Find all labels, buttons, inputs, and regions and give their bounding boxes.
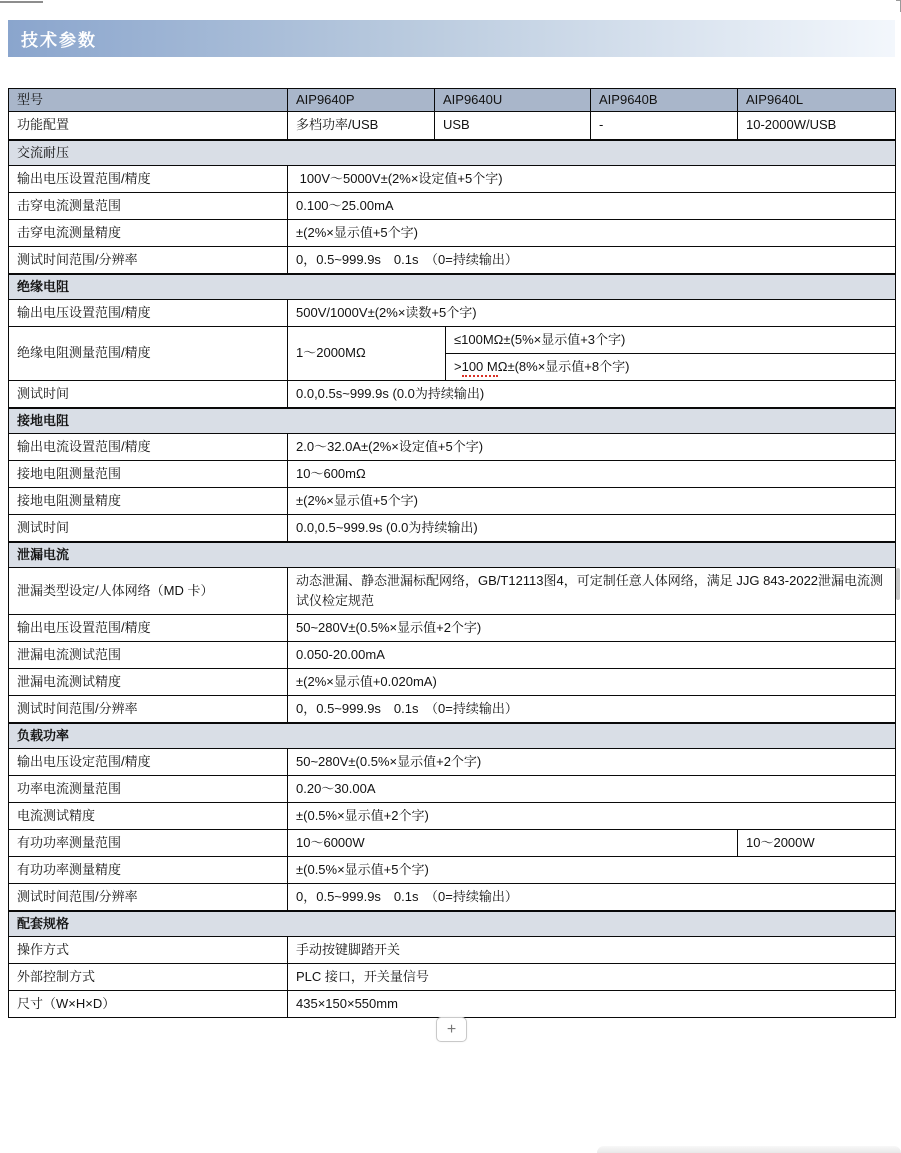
spec-label-cell: 尺寸（W×H×D） bbox=[9, 991, 288, 1018]
spec-value-cell: 手动按键脚踏开关 bbox=[288, 937, 896, 964]
spec-value-cell: 500V/1000V±(2%×读数+5个字) bbox=[288, 300, 896, 327]
spec-value-cell: ±(0.5%×显示值+5个字) bbox=[288, 857, 896, 884]
spec-label-cell: 输出电压设定范围/精度 bbox=[9, 749, 288, 776]
table-row: 输出电压设定范围/精度50~280V±(0.5%×显示值+2个字) bbox=[9, 749, 896, 776]
spec-value-cell: 0，0.5~999.9s 0.1s （0=持续输出） bbox=[288, 696, 896, 723]
spec-value-cell: 0.100～25.00mA bbox=[288, 193, 896, 220]
spec-value-cell: 435×150×550mm bbox=[288, 991, 896, 1018]
table-row: 接地电阻测量范围10～600mΩ bbox=[9, 461, 896, 488]
spec-label-cell: 击穿电流测量范围 bbox=[9, 193, 288, 220]
table-row: 测试时间范围/分辨率0，0.5~999.9s 0.1s （0=持续输出） bbox=[9, 696, 896, 723]
table-row: 测试时间范围/分辨率0，0.5~999.9s 0.1s （0=持续输出） bbox=[9, 884, 896, 911]
section-header-cell: 泄漏电流 bbox=[9, 542, 896, 568]
spec-value-cell: 100V～5000V±(2%×设定值+5个字) bbox=[288, 166, 896, 193]
section-header-cell: 绝缘电阻 bbox=[9, 274, 896, 300]
spec-value-cell: 10～6000W bbox=[288, 830, 738, 857]
table-row: 有功功率测量精度±(0.5%×显示值+5个字) bbox=[9, 857, 896, 884]
table-row: 接地电阻测量精度±(2%×显示值+5个字) bbox=[9, 488, 896, 515]
bottom-overlay-edge bbox=[597, 1146, 901, 1153]
spec-label-cell: 功能配置 bbox=[9, 112, 288, 140]
table-row: 电流测试精度±(0.5%×显示值+2个字) bbox=[9, 803, 896, 830]
spec-value-cell: 2.0～32.0A±(2%×设定值+5个字) bbox=[288, 434, 896, 461]
spec-label-cell: 击穿电流测量精度 bbox=[9, 220, 288, 247]
table-row: 输出电压设置范围/精度 100V～5000V±(2%×设定值+5个字) bbox=[9, 166, 896, 193]
model-name-cell: AIP9640L bbox=[738, 89, 896, 112]
spec-label-cell: 电流测试精度 bbox=[9, 803, 288, 830]
table-row: 输出电流设置范围/精度2.0～32.0A±(2%×设定值+5个字) bbox=[9, 434, 896, 461]
table-row: 负载功率 bbox=[9, 723, 896, 749]
spec-value-cell: - bbox=[591, 112, 738, 140]
section-header-cell: 配套规格 bbox=[9, 911, 896, 937]
spec-label-cell: 泄漏类型设定/人体网络（MD 卡） bbox=[9, 568, 288, 615]
accuracy-cell-low: ≤100MΩ±(5%×显示值+3个字) bbox=[446, 327, 896, 354]
spec-label-cell: 接地电阻测量范围 bbox=[9, 461, 288, 488]
spec-label-cell: 接地电阻测量精度 bbox=[9, 488, 288, 515]
table-row: 配套规格 bbox=[9, 911, 896, 937]
spec-label-cell: 有功功率测量精度 bbox=[9, 857, 288, 884]
spec-value-cell: USB bbox=[435, 112, 591, 140]
spec-label-cell: 测试时间范围/分辨率 bbox=[9, 884, 288, 911]
spec-value-cell: 0.0,0.5~999.9s (0.0为持续输出) bbox=[288, 515, 896, 542]
spec-value-cell: 50~280V±(0.5%×显示值+2个字) bbox=[288, 615, 896, 642]
table-row: 击穿电流测量精度±(2%×显示值+5个字) bbox=[9, 220, 896, 247]
model-header-label: 型号 bbox=[9, 89, 288, 112]
spellcheck-underline: 100 M bbox=[462, 359, 498, 377]
table-row: 击穿电流测量范围0.100～25.00mA bbox=[9, 193, 896, 220]
spec-label-cell: 测试时间范围/分辨率 bbox=[9, 247, 288, 274]
text-cursor-mark bbox=[896, 0, 901, 12]
spec-table-container: 型号AIP9640PAIP9640UAIP9640BAIP9640L功能配置多档… bbox=[8, 88, 895, 1018]
spec-label-cell: 测试时间 bbox=[9, 381, 288, 408]
spec-value-cell: 50~280V±(0.5%×显示值+2个字) bbox=[288, 749, 896, 776]
table-row: 功率电流测量范围0.20～30.00A bbox=[9, 776, 896, 803]
table-row: 泄漏电流测试精度±(2%×显示值+0.020mA) bbox=[9, 669, 896, 696]
spec-value-cell: ±(2%×显示值+5个字) bbox=[288, 220, 896, 247]
table-row: 型号AIP9640PAIP9640UAIP9640BAIP9640L bbox=[9, 89, 896, 112]
spec-value-cell: 0.0,0.5s~999.9s (0.0为持续输出) bbox=[288, 381, 896, 408]
spec-label-cell: 输出电压设置范围/精度 bbox=[9, 300, 288, 327]
spec-label-cell: 有功功率测量范围 bbox=[9, 830, 288, 857]
table-row: 绝缘电阻测量范围/精度1～2000MΩ≤100MΩ±(5%×显示值+3个字) bbox=[9, 327, 896, 354]
table-row: 测试时间0.0,0.5~999.9s (0.0为持续输出) bbox=[9, 515, 896, 542]
table-row: 测试时间0.0,0.5s~999.9s (0.0为持续输出) bbox=[9, 381, 896, 408]
range-cell: 1～2000MΩ bbox=[288, 327, 446, 381]
section-header-cell: 交流耐压 bbox=[9, 140, 896, 166]
spec-label-cell: 外部控制方式 bbox=[9, 964, 288, 991]
expand-button[interactable]: + bbox=[436, 1017, 467, 1042]
spec-table: 型号AIP9640PAIP9640UAIP9640BAIP9640L功能配置多档… bbox=[8, 88, 896, 1018]
spec-value-cell: 0，0.5~999.9s 0.1s （0=持续输出） bbox=[288, 884, 896, 911]
spec-label-cell: 测试时间 bbox=[9, 515, 288, 542]
table-row: 输出电压设置范围/精度50~280V±(0.5%×显示值+2个字) bbox=[9, 615, 896, 642]
spec-value-cell: ±(2%×显示值+0.020mA) bbox=[288, 669, 896, 696]
spec-value-secondary-cell: 10～2000W bbox=[738, 830, 896, 857]
spec-value-cell: ±(2%×显示值+5个字) bbox=[288, 488, 896, 515]
spec-value-cell: 动态泄漏、静态泄漏标配网络，GB/T12113图4，可定制任意人体网络，满足 J… bbox=[288, 568, 896, 615]
spec-label-cell: 输出电压设置范围/精度 bbox=[9, 166, 288, 193]
section-header-cell: 接地电阻 bbox=[9, 408, 896, 434]
accuracy-cell-high: >100 MΩ±(8%×显示值+8个字) bbox=[446, 354, 896, 381]
table-row: 外部控制方式PLC 接口，开关量信号 bbox=[9, 964, 896, 991]
spec-label-cell: 输出电压设置范围/精度 bbox=[9, 615, 288, 642]
table-row: 尺寸（W×H×D）435×150×550mm bbox=[9, 991, 896, 1018]
table-row: 测试时间范围/分辨率0，0.5~999.9s 0.1s （0=持续输出） bbox=[9, 247, 896, 274]
spec-label-cell: 功率电流测量范围 bbox=[9, 776, 288, 803]
table-row: 泄漏类型设定/人体网络（MD 卡）动态泄漏、静态泄漏标配网络，GB/T12113… bbox=[9, 568, 896, 615]
spec-value-cell: 0.050-20.00mA bbox=[288, 642, 896, 669]
spec-value-cell: PLC 接口，开关量信号 bbox=[288, 964, 896, 991]
table-row: 泄漏电流测试范围0.050-20.00mA bbox=[9, 642, 896, 669]
spec-label-cell: 泄漏电流测试范围 bbox=[9, 642, 288, 669]
table-row: 操作方式手动按键脚踏开关 bbox=[9, 937, 896, 964]
spec-value-cell: 0.20～30.00A bbox=[288, 776, 896, 803]
plus-icon: + bbox=[447, 1021, 456, 1039]
model-name-cell: AIP9640U bbox=[435, 89, 591, 112]
spec-value-cell: 多档功率/USB bbox=[288, 112, 435, 140]
scrollbar-thumb[interactable] bbox=[896, 568, 900, 600]
spec-value-cell: 10-2000W/USB bbox=[738, 112, 896, 140]
model-name-cell: AIP9640B bbox=[591, 89, 738, 112]
section-header-cell: 负载功率 bbox=[9, 723, 896, 749]
model-name-cell: AIP9640P bbox=[288, 89, 435, 112]
spec-label-cell: 操作方式 bbox=[9, 937, 288, 964]
section-title-bar: 技术参数 bbox=[8, 20, 895, 57]
spec-value-cell: 0，0.5~999.9s 0.1s （0=持续输出） bbox=[288, 247, 896, 274]
table-row: 交流耐压 bbox=[9, 140, 896, 166]
table-row: 有功功率测量范围10～6000W10～2000W bbox=[9, 830, 896, 857]
page-title: 技术参数 bbox=[8, 26, 97, 51]
spec-label-cell: 泄漏电流测试精度 bbox=[9, 669, 288, 696]
table-row: 泄漏电流 bbox=[9, 542, 896, 568]
top-left-rule bbox=[0, 1, 43, 3]
spec-value-cell: 10～600mΩ bbox=[288, 461, 896, 488]
table-row: 绝缘电阻 bbox=[9, 274, 896, 300]
spec-value-cell: ±(0.5%×显示值+2个字) bbox=[288, 803, 896, 830]
spec-label-cell: 测试时间范围/分辨率 bbox=[9, 696, 288, 723]
spec-label-cell: 输出电流设置范围/精度 bbox=[9, 434, 288, 461]
table-row: 输出电压设置范围/精度500V/1000V±(2%×读数+5个字) bbox=[9, 300, 896, 327]
table-row: 接地电阻 bbox=[9, 408, 896, 434]
table-row: 功能配置多档功率/USBUSB-10-2000W/USB bbox=[9, 112, 896, 140]
spec-label-cell: 绝缘电阻测量范围/精度 bbox=[9, 327, 288, 381]
